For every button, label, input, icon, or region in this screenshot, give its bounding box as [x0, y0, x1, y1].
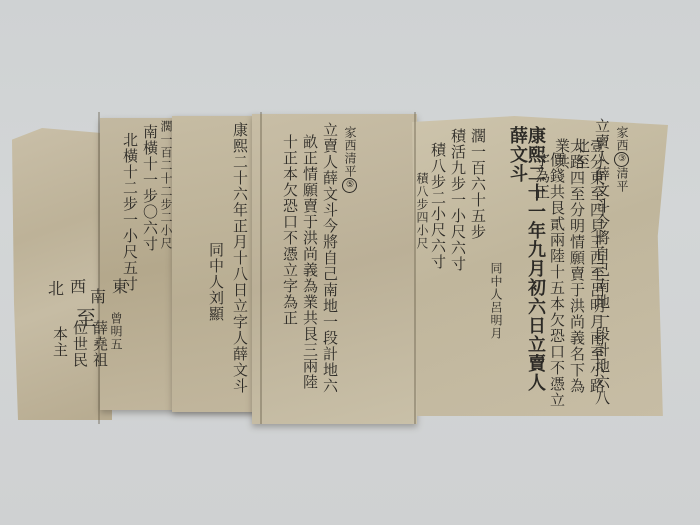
- fold-line: [414, 112, 416, 424]
- measure-line: 積八步四小尺: [416, 172, 428, 250]
- paper-panel-left: [12, 128, 112, 420]
- witness: 同中人呂明月: [490, 262, 502, 340]
- measure-line: 積八步二小尺六寸: [430, 142, 445, 270]
- boundary-east: 曾明五: [110, 312, 122, 351]
- boundary-west: 位世民: [72, 320, 87, 368]
- measure-line: 北橫十二步一小尺五寸: [122, 132, 137, 292]
- fold-line: [98, 112, 100, 424]
- direction-east: 東: [112, 274, 128, 297]
- deed-line: 畝正情願賣于洪尚義為業共艮三兩陸: [302, 134, 317, 412]
- fold-line: [260, 112, 262, 424]
- deed-header: 家西③清平: [614, 126, 629, 193]
- deed-line: 立賣人薛文斗今將自己南地一段計地六: [322, 122, 337, 412]
- witness: 同中人刘顯: [208, 242, 223, 322]
- measure-line: 南橫十一步〇六寸: [142, 124, 157, 252]
- deed-date: 康熙二十一年九月初六日立賣人薛文斗: [508, 126, 544, 410]
- boundary-south: 薛堯祖: [92, 320, 107, 368]
- deed-date: 康熙二十六年正月十八日立字人薛文斗: [232, 122, 247, 412]
- deed-document: 家西③清平 立賣人薛文斗今將自己南地一段計地六八 壹分東至四貝王西至呂明月南至小…: [12, 112, 668, 424]
- seal-mark: ③: [614, 152, 629, 167]
- measure-line: 濶一百六十五步: [470, 128, 485, 240]
- boundary-north: 本主: [52, 326, 67, 358]
- measure-line: 積活九步一小尺六寸: [450, 128, 465, 272]
- deed-header: 家西清平⑤: [342, 126, 357, 193]
- direction-west: 西: [70, 274, 86, 297]
- deed-line: 十正本欠恐口不憑立字為正: [282, 134, 297, 326]
- seal-mark: ⑤: [342, 178, 357, 193]
- measure-line: 濶一百二十二步二小尺: [160, 120, 172, 250]
- direction-north: 北: [48, 276, 64, 299]
